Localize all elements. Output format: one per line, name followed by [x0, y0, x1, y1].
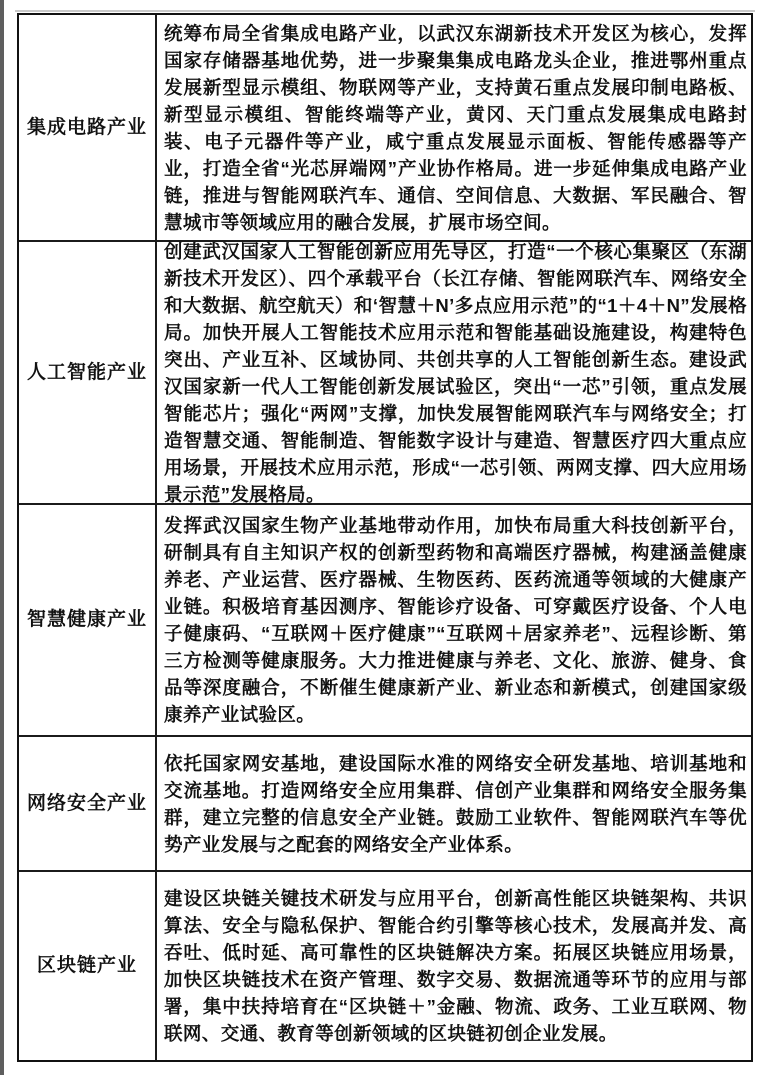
table-row: 集成电路产业 统筹布局全省集成电路产业，以武汉东湖新技术开发区为核心，发挥国家存…: [19, 15, 751, 240]
table-row: 区块链产业 建设区块链关键技术研发与应用平台，创新高性能区块链架构、共识算法、安…: [19, 870, 751, 1060]
row-description-cell: 建设区块链关键技术研发与应用平台，创新高性能区块链架构、共识算法、安全与隐私保护…: [157, 872, 751, 1060]
table-row: 网络安全产业 依托国家网安基地，建设国际水准的网络安全研发基地、培训基地和交流基…: [19, 735, 751, 870]
page-edge-shadow: [0, 0, 4, 1075]
row-description-cell: 发挥武汉国家生物产业基地带动作用，加快布局重大科技创新平台，研制具有自主知识产权…: [157, 505, 751, 735]
row-description-text: 创建武汉国家人工智能创新应用先导区，打造“一个核心集聚区（东湖新技术开发区）、四…: [164, 238, 747, 508]
table-top-shadow: [15, 10, 755, 12]
row-description-cell: 创建武汉国家人工智能创新应用先导区，打造“一个核心集聚区（东湖新技术开发区）、四…: [157, 242, 751, 503]
table-row: 智慧健康产业 发挥武汉国家生物产业基地带动作用，加快布局重大科技创新平台，研制具…: [19, 503, 751, 735]
row-label-blockchain: 区块链产业: [19, 872, 157, 1060]
row-description-cell: 统筹布局全省集成电路产业，以武汉东湖新技术开发区为核心，发挥国家存储器基地优势，…: [157, 15, 751, 240]
row-description-text: 依托国家网安基地，建设国际水准的网络安全研发基地、培训基地和交流基地。打造网络安…: [164, 750, 747, 858]
row-description-text: 发挥武汉国家生物产业基地带动作用，加快布局重大科技创新平台，研制具有自主知识产权…: [164, 512, 747, 728]
industry-table: 集成电路产业 统筹布局全省集成电路产业，以武汉东湖新技术开发区为核心，发挥国家存…: [17, 13, 753, 1062]
row-description-text: 建设区块链关键技术研发与应用平台，创新高性能区块链架构、共识算法、安全与隐私保护…: [164, 885, 747, 1047]
table-row: 人工智能产业 创建武汉国家人工智能创新应用先导区，打造“一个核心集聚区（东湖新技…: [19, 240, 751, 503]
row-label-artificial-intelligence: 人工智能产业: [19, 242, 157, 503]
row-label-cybersecurity: 网络安全产业: [19, 737, 157, 870]
row-label-integrated-circuits: 集成电路产业: [19, 15, 157, 240]
row-label-smart-health: 智慧健康产业: [19, 505, 157, 735]
row-description-cell: 依托国家网安基地，建设国际水准的网络安全研发基地、培训基地和交流基地。打造网络安…: [157, 737, 751, 870]
row-description-text: 统筹布局全省集成电路产业，以武汉东湖新技术开发区为核心，发挥国家存储器基地优势，…: [164, 20, 747, 236]
